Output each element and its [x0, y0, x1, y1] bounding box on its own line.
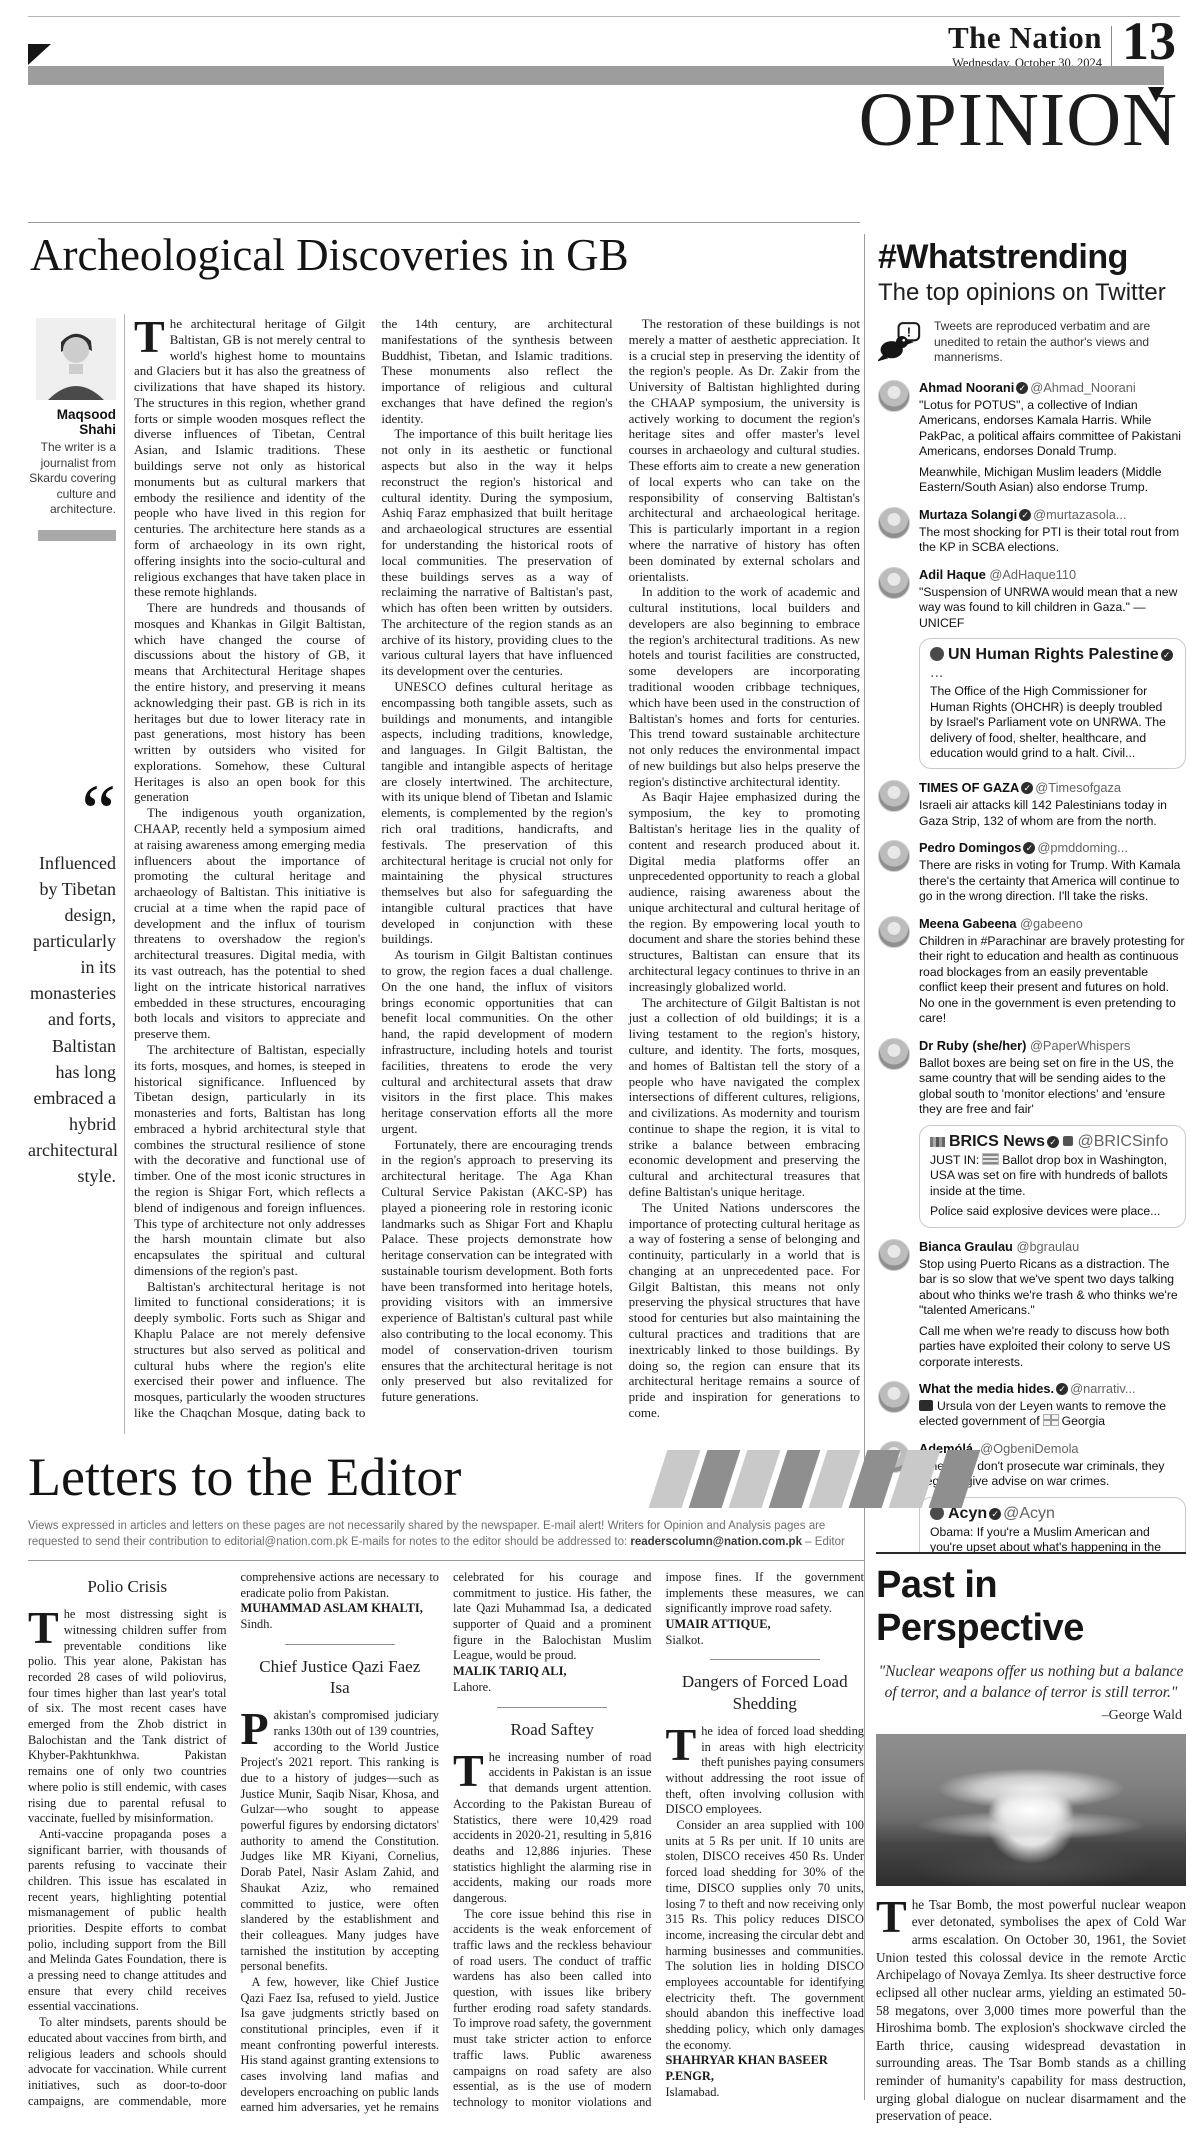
georgia-flag-icon	[1043, 1414, 1059, 1426]
tweet: Adil Haque @AdHaque110 "Suspension of UN…	[878, 567, 1186, 770]
tweet-handle: @Timesofgaza	[1035, 780, 1121, 795]
article-paragraph: The restoration of these buildings is no…	[629, 316, 860, 584]
letter-location: Sialkot.	[666, 1633, 865, 1649]
tweet-text: There are risks in voting for Trump. Wit…	[919, 858, 1186, 904]
pip-quote: "Nuclear weapons offer us nothing but a …	[878, 1662, 1184, 1704]
article-paragraph: There are hundreds and thousands of mosq…	[134, 600, 365, 805]
letter-heading: Dangers of Forced Load Shedding	[676, 1671, 855, 1714]
tweet-text: The most shocking for PTI is their total…	[919, 525, 1186, 556]
tweet-text: Children in #Parachinar are bravely prot…	[919, 934, 1186, 1027]
tweet-name: Murtaza Solangi	[919, 507, 1017, 522]
tweet-text: Stop using Puerto Ricans as a distractio…	[919, 1257, 1186, 1319]
letter-divider	[497, 1707, 607, 1708]
brics-logo-icon	[930, 1137, 945, 1147]
tweet-name: What the media hides.	[919, 1381, 1054, 1396]
tweet-disclaimer: ! Tweets are reproduced verbatim and are…	[878, 319, 1186, 366]
tweet: Bianca Graulau @bgraulau Stop using Puer…	[878, 1239, 1186, 1370]
tweet-text: "Lotus for POTUS", a collective of India…	[919, 398, 1186, 460]
corner-flag-icon	[28, 44, 51, 65]
tweet: TIMES OF GAZA✓@Timesofgaza Israeli air a…	[878, 780, 1186, 829]
article-paragraph: The United Nations underscores the impor…	[629, 1200, 860, 1421]
tweet-name: Pedro Domingos	[919, 840, 1021, 855]
tweet-handle: @gabeeno	[1020, 916, 1083, 931]
avatar	[878, 1381, 910, 1413]
tweet-name: Ahmad Noorani	[919, 380, 1014, 395]
quoted-text: Police said explosive devices were place…	[930, 1204, 1175, 1219]
org-badge-icon	[1063, 1136, 1073, 1146]
tweet: Meena Gabeena @gabeeno Children in #Para…	[878, 916, 1186, 1027]
avatar	[878, 567, 910, 599]
article-top-rule	[28, 222, 860, 223]
avatar	[878, 1239, 910, 1271]
letter-paragraph: The increasing number of road accidents …	[453, 1750, 652, 1907]
twitter-bird-icon: !	[878, 321, 926, 363]
letters-disclaimer: Views expressed in articles and letters …	[28, 1518, 864, 1550]
us-flag-icon	[982, 1153, 999, 1165]
article-paragraph: As Baqir Hajee emphasized during the sym…	[629, 789, 860, 994]
verified-icon: ✓	[1016, 382, 1028, 394]
quoted-text: The Office of the High Commissioner for …	[930, 684, 1175, 761]
article-body: The architectural heritage of Gilgit Bal…	[134, 316, 860, 1434]
quoted-tweet: UN Human Rights Palestine✓... The Office…	[919, 638, 1186, 769]
verified-icon: ✓	[1056, 1383, 1068, 1395]
tweet-handle: @AdHaque110	[989, 567, 1076, 582]
column-rule	[124, 314, 125, 1434]
tweet-handle: @narrativ...	[1070, 1381, 1135, 1396]
verified-icon: ✓	[1023, 842, 1035, 854]
quoted-author: BRICS News✓ @BRICSinfo	[930, 1133, 1175, 1151]
letter-divider	[710, 1659, 820, 1660]
tweet-handle: @BRICSinfo	[1077, 1133, 1168, 1150]
letter-signature: MALIK TARIQ ALI,	[453, 1664, 652, 1680]
letter-paragraph: The most distressing sight is witnessing…	[28, 1607, 227, 1827]
letter-signature: SHAHRYAR KHAN BASEER P.ENGR,	[666, 2053, 865, 2084]
newspaper-page: The Nation Wednesday, October 30, 2024 1…	[0, 0, 1200, 2133]
verified-icon: ✓	[989, 1508, 1001, 1520]
letter-location: Lahore.	[453, 1680, 652, 1696]
tweet-handle: @OgbeniDemola	[980, 1441, 1078, 1456]
author-photo	[36, 318, 116, 400]
author-bio: The writer is a journalist from Skardu c…	[28, 440, 116, 518]
article-paragraph: Fortunately, there are encouraging trend…	[381, 1137, 612, 1405]
author-rail: Maqsood Shahi The writer is a journalist…	[28, 318, 116, 1189]
article-paragraph: The architecture of Gilgit Baltistan is …	[629, 995, 860, 1200]
tweet-author: TIMES OF GAZA✓@Timesofgaza	[919, 780, 1186, 796]
quoted-text-pre: JUST IN:	[930, 1153, 979, 1167]
tweet-name: Bianca Graulau	[919, 1239, 1013, 1254]
tweet-name: BRICS News	[949, 1133, 1045, 1150]
tweet-handle: ...	[930, 664, 943, 681]
avatar	[878, 507, 910, 539]
disclaimer-text: Tweets are reproduced verbatim and are u…	[934, 319, 1166, 366]
quote-mark-icon: “	[28, 791, 116, 834]
tweet-text: Meanwhile, Michigan Muslim leaders (Midd…	[919, 465, 1186, 496]
quoted-text: Obama: If you're a Muslim American and y…	[930, 1525, 1175, 1554]
tweet: Pedro Domingos✓@pmddoming... There are r…	[878, 840, 1186, 904]
letter-paragraph: The idea of forced load shedding in area…	[666, 1724, 865, 1818]
tweet-text: Israeli air attacks kill 142 Palestinian…	[919, 798, 1186, 829]
avatar	[930, 1506, 944, 1520]
tweet: Ahmad Noorani✓@Ahmad_Noorani "Lotus for …	[878, 380, 1186, 496]
letter-paragraph: Anti-vaccine propaganda poses a signific…	[28, 1827, 227, 2015]
quoted-tweet: BRICS News✓ @BRICSinfo JUST IN:Ballot dr…	[919, 1125, 1186, 1228]
avatar	[878, 780, 910, 812]
tweet-author: Pedro Domingos✓@pmddoming...	[919, 840, 1186, 856]
whatstrending-subtitle: The top opinions on Twitter	[878, 279, 1186, 307]
letter-signature: UMAIR ATTIQUE,	[666, 1617, 865, 1633]
pip-body: The Tsar Bomb, the most powerful nuclear…	[876, 1896, 1186, 2125]
masthead: The Nation Wednesday, October 30, 2024	[948, 22, 1102, 71]
tweet-author: What the media hides.✓@narrativ...	[919, 1381, 1186, 1397]
tweet-text: Ursula von der Leyen wants to remove the…	[919, 1399, 1186, 1430]
pip-title: Past in Perspective	[876, 1564, 1186, 1650]
letter-location: Islamabad.	[666, 2085, 865, 2101]
tweet-handle: @Acyn	[1003, 1505, 1055, 1522]
letters-header: Letters to the Editor	[28, 1450, 461, 1504]
past-in-perspective-section: Past in Perspective "Nuclear weapons off…	[876, 1552, 1186, 2125]
tweet-text: Ballot boxes are being set on fire in th…	[919, 1056, 1186, 1118]
verified-icon: ✓	[1047, 1136, 1059, 1148]
article-paragraph: The architecture of Baltistan, especiall…	[134, 1042, 365, 1279]
pip-rule	[876, 1552, 1186, 1554]
letters-email: readerscolumn@nation.com.pk	[630, 1536, 802, 1548]
article-headline: Archeological Discoveries in GB	[30, 232, 629, 279]
sidebar-rule	[864, 234, 865, 2100]
rail-divider	[38, 530, 116, 541]
tweet-author: Dr Ruby (she/her) @PaperWhispers	[919, 1038, 1186, 1054]
pip-attribution: –George Wald	[876, 1708, 1186, 1724]
tweet-name: TIMES OF GAZA	[919, 780, 1019, 795]
letter-location: Sindh.	[241, 1617, 440, 1633]
tweet: Murtaza Solangi✓@murtazasola... The most…	[878, 507, 1186, 556]
verified-icon: ✓	[1019, 509, 1031, 521]
quoted-text: JUST IN:Ballot drop box in Washington, U…	[930, 1153, 1175, 1199]
avatar	[878, 380, 910, 412]
tweet-text-part: Georgia	[1062, 1414, 1105, 1428]
verified-icon: ✓	[1161, 649, 1173, 661]
article-paragraph: As tourism in Gilgit Baltistan continues…	[381, 947, 612, 1136]
letters-title: Letters to the Editor	[28, 1450, 461, 1504]
avatar	[878, 916, 910, 948]
tweet-handle: @bgraulau	[1016, 1239, 1079, 1254]
tweet-handle: @pmddoming...	[1037, 840, 1128, 855]
mushroom-cloud-photo	[876, 1734, 1186, 1886]
quoted-author: UN Human Rights Palestine✓...	[930, 646, 1175, 682]
letters-rule	[28, 1560, 864, 1561]
tweet-text: "Suspension of UNRWA would mean that a n…	[919, 585, 1186, 631]
letter-heading: Polio Crisis	[38, 1576, 217, 1597]
svg-text:!: !	[907, 325, 911, 340]
tweet-name: Dr Ruby (she/her)	[919, 1038, 1026, 1053]
tweet-name: Meena Gabeena	[919, 916, 1016, 931]
letter-divider	[285, 1644, 395, 1645]
tweet-handle: @PaperWhispers	[1030, 1038, 1130, 1053]
article-paragraph: UNESCO defines cultural heritage as enco…	[381, 679, 612, 947]
pull-quote: Influenced by Tibetan design, particular…	[28, 850, 116, 1189]
avatar	[878, 840, 910, 872]
film-icon	[919, 1400, 933, 1411]
verified-icon: ✓	[1021, 782, 1033, 794]
letter-paragraph: Consider an area supplied with 100 units…	[666, 1818, 865, 2053]
letter-heading: Road Saftey	[463, 1719, 642, 1740]
tweet-author: Ahmad Noorani✓@Ahmad_Noorani	[919, 380, 1186, 396]
article-paragraph: The importance of this built heritage li…	[381, 426, 612, 679]
letters-disclaimer-suffix: – Editor	[802, 1536, 845, 1548]
article-paragraph: In addition to the work of academic and …	[629, 584, 860, 789]
tweet-name: UN Human Rights Palestine	[948, 646, 1159, 663]
top-rule	[28, 16, 1180, 17]
tweet-name: Adil Haque	[919, 567, 986, 582]
whatstrending-title: #Whatstrending	[878, 238, 1186, 277]
tweet-author: Adil Haque @AdHaque110	[919, 567, 1186, 583]
tweet-handle: @Ahmad_Noorani	[1030, 380, 1135, 395]
globe-icon	[930, 647, 944, 661]
letters-stripes	[658, 1450, 971, 1508]
letters-body: Polio Crisis The most distressing sight …	[28, 1570, 864, 2118]
avatar	[878, 1038, 910, 1070]
letter-heading: Chief Justice Qazi Faez Isa	[251, 1656, 430, 1699]
tweet: Dr Ruby (she/her) @PaperWhispers Ballot …	[878, 1038, 1186, 1228]
tweet: What the media hides.✓@narrativ... Ursul…	[878, 1381, 1186, 1430]
page-number: 13	[1122, 14, 1176, 68]
whatstrending-section: #Whatstrending The top opinions on Twitt…	[878, 238, 1186, 1554]
article-paragraph: The architectural heritage of Gilgit Bal…	[134, 316, 365, 600]
tweet-text: Call me when we're ready to discuss how …	[919, 1324, 1186, 1370]
author-name: Maqsood Shahi	[28, 407, 116, 437]
article-paragraph: The indigenous youth organization, CHAAP…	[134, 805, 365, 1042]
newspaper-title: The Nation	[948, 22, 1102, 53]
tweet-handle: @murtazasola...	[1033, 507, 1126, 522]
tweet-author: Murtaza Solangi✓@murtazasola...	[919, 507, 1186, 523]
tweet-author: Bianca Graulau @bgraulau	[919, 1239, 1186, 1255]
letter-signature: MUHAMMAD ASLAM KHALTI,	[241, 1601, 440, 1617]
section-title: OPINION	[859, 82, 1178, 158]
tweet-author: Meena Gabeena @gabeeno	[919, 916, 1186, 932]
pip-paragraph: The Tsar Bomb, the most powerful nuclear…	[876, 1896, 1186, 2125]
letter-paragraph: Pakistan's compromised judiciary ranks 1…	[241, 1708, 440, 1975]
